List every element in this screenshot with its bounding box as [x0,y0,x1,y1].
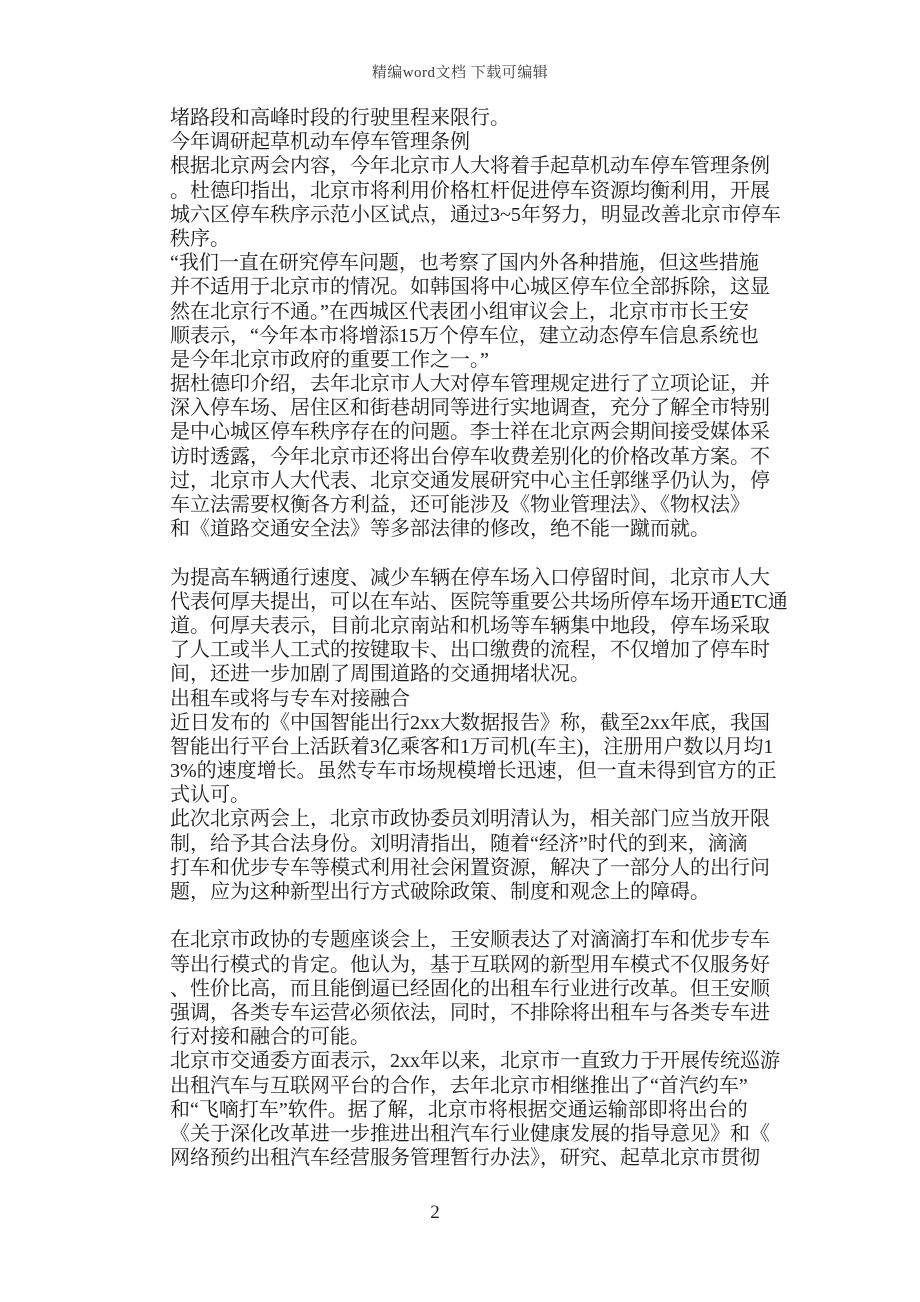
text-line: 打车和优步专车等模式利用社会闲置资源，解决了一部分人的出行问 [170,856,754,880]
text-line: 然在北京行不通。”在西城区代表团小组审议会上，北京市市长王安 [170,300,754,324]
text-line [170,541,754,565]
text-line: 顺表示，“今年本市将增添15万个停车位，建立动态停车信息系统也 [170,324,754,348]
text-line: 网络预约出租汽车经营服务管理暂行办法》，研究、起草北京市贯彻 [170,1146,754,1170]
text-line: 并不适用于北京市的情况。如韩国将中心城区停车位全部拆除，这显 [170,275,754,299]
text-line: 代表何厚夫提出，可以在车站、医院等重要公共场所停车场开通ETC通 [170,590,754,614]
text-line: 车立法需要权衡各方利益，还可能涉及《物业管理法》、《物权法》 [170,493,754,517]
text-line: 北京市交通委方面表示，2xx年以来，北京市一直致力于开展传统巡游 [170,1049,754,1073]
text-line: 出租汽车与互联网平台的合作，去年北京市相继推出了“首汽约车” [170,1074,754,1098]
text-line: 深入停车场、居住区和街巷胡同等进行实地调查，充分了解全市特别 [170,396,754,420]
text-line: 近日发布的《中国智能出行2xx大数据报告》称，截至2xx年底，我国 [170,711,754,735]
text-line: 题，应为这种新型出行方式破除政策、制度和观念上的障碍。 [170,880,754,904]
text-line: 据杜德印介绍，去年北京市人大对停车管理规定进行了立项论证，并 [170,372,754,396]
text-line: 道。何厚夫表示，目前北京南站和机场等车辆集中地段，停车场采取 [170,614,754,638]
text-line: 堵路段和高峰时段的行驶里程来限行。 [170,106,754,130]
text-line: 式认可。 [170,783,754,807]
text-line: 间，还进一步加剧了周围道路的交通拥堵状况。 [170,662,754,686]
text-line: 秩序。 [170,227,754,251]
text-line: 在北京市政协的专题座谈会上，王安顺表达了对滴滴打车和优步专车 [170,928,754,952]
text-line: 等出行模式的肯定。他认为，基于互联网的新型用车模式不仅服务好 [170,953,754,977]
text-line: 根据北京两会内容，今年北京市人大将着手起草机动车停车管理条例 [170,154,754,178]
text-line: 智能出行平台上活跃着3亿乘客和1万司机(车主)，注册用户数以月均1 [170,735,754,759]
document-page: 精编word文档 下载可编辑 堵路段和高峰时段的行驶里程来限行。今年调研起草机动… [0,0,920,1302]
text-line: 。杜德印指出，北京市将利用价格杠杆促进停车资源均衡利用，开展 [170,179,754,203]
text-line: 《关于深化改革进一步推进出租汽车行业健康发展的指导意见》和《 [170,1122,754,1146]
text-line: 和《道路交通安全法》等多部法律的修改，绝不能一蹴而就。 [170,517,754,541]
text-line: 制，给予其合法身份。刘明清指出，随着“经济”时代的到来，滴滴 [170,832,754,856]
text-line: 此次北京两会上，北京市政协委员刘明清认为，相关部门应当放开限 [170,807,754,831]
page-number: 2 [0,1202,870,1224]
document-header-watermark: 精编word文档 下载可编辑 [0,61,920,82]
text-line: 为提高车辆通行速度、减少车辆在停车场入口停留时间，北京市人大 [170,566,754,590]
text-line: 今年调研起草机动车停车管理条例 [170,130,754,154]
text-line: 是今年北京市政府的重要工作之一。” [170,348,754,372]
text-line: 了人工或半人工式的按键取卡、出口缴费的流程，不仅增加了停车时 [170,638,754,662]
text-line: 行对接和融合的可能。 [170,1025,754,1049]
text-line: 出租车或将与专车对接融合 [170,687,754,711]
text-line: 、性价比高，而且能倒逼已经固化的出租车行业进行改革。但王安顺 [170,977,754,1001]
text-line: 访时透露，今年北京市还将出台停车收费差别化的价格改革方案。不 [170,445,754,469]
text-line: 3%的速度增长。虽然专车市场规模增长迅速，但一直未得到官方的正 [170,759,754,783]
text-line [170,904,754,928]
text-line: “我们一直在研究停车问题，也考察了国内外各种措施，但这些措施 [170,251,754,275]
document-body: 堵路段和高峰时段的行驶里程来限行。今年调研起草机动车停车管理条例根据北京两会内容… [170,106,754,1170]
text-line: 强调，各类专车运营必须依法，同时，不排除将出租车与各类专车进 [170,1001,754,1025]
text-line: 和“飞嘀打车”软件。据了解，北京市将根据交通运输部即将出台的 [170,1098,754,1122]
text-line: 过，北京市人大代表、北京交通发展研究中心主任郭继孚仍认为，停 [170,469,754,493]
text-line: 是中心城区停车秩序存在的问题。李士祥在北京两会期间接受媒体采 [170,420,754,444]
text-line: 城六区停车秩序示范小区试点，通过3~5年努力，明显改善北京市停车 [170,203,754,227]
